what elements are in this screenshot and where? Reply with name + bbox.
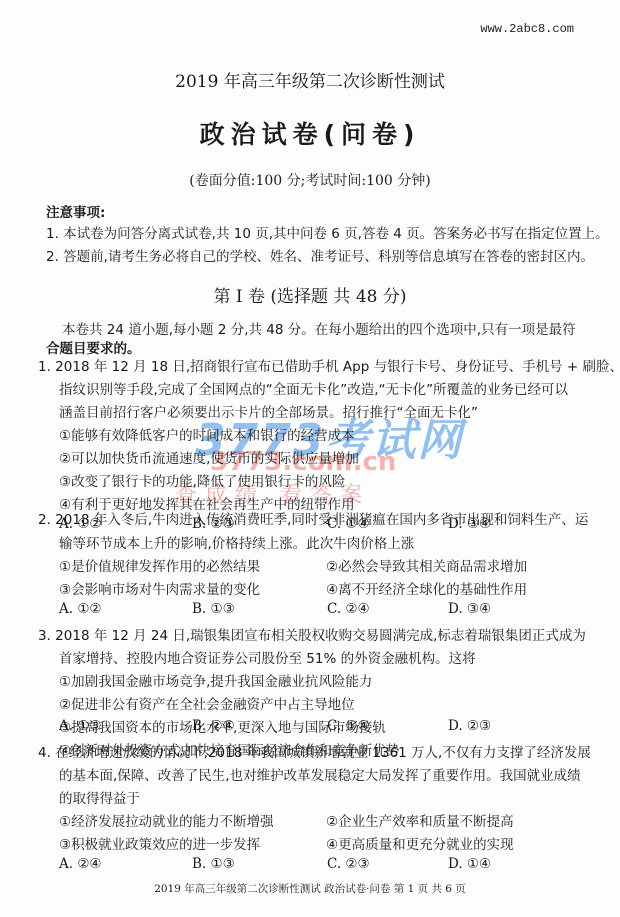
site-url: www.2abc8.com xyxy=(480,22,574,36)
statement: ①经济发展拉动就业的能力不断增强 xyxy=(59,810,274,830)
statement: ①是价值规律发挥作用的必然结果 xyxy=(59,555,260,575)
choice-c: C. ①④ xyxy=(327,718,370,734)
question-stem: 输等环节成本上升的影响,价格持续上涨。此次牛肉价格上涨 xyxy=(59,532,414,552)
question-stem: 的基本面,保障、改善了民生,也对维护改革发展稳定大局发挥了重要作用。我国就业成绩 xyxy=(59,764,581,784)
exam-info: (卷面分值:100 分;考试时间:100 分钟) xyxy=(0,170,620,190)
statement: ①加剧我国金融市场竞争,提升我国金融业抗风险能力 xyxy=(59,670,372,690)
statement: ③积极就业政策效应的进一步发挥 xyxy=(59,833,260,853)
choice-b: B. ②④ xyxy=(192,718,235,734)
choice-c: C. ②④ xyxy=(327,601,370,617)
question-stem: 指纹识别等手段,完成了全国网点的“全面无卡化”改造,“无卡化”所覆盖的业务已经可… xyxy=(59,378,568,398)
choice-b: B. ①③ xyxy=(192,856,235,872)
page-footer: 2019 年高三年级第二次诊断性测试 政治试卷·问卷 第 1 页 共 6 页 xyxy=(0,881,620,896)
question-stem: 4. 在经济增速放缓的情况下,2018 年我国城镇新增就业 1361 万人,不仅… xyxy=(38,741,591,761)
choice-a: A. ②④ xyxy=(59,856,102,872)
statement: ④更高质量和更充分就业的实现 xyxy=(326,833,514,853)
choice-a: A. ①③ xyxy=(59,718,102,734)
choice-d: D. ②③ xyxy=(448,718,491,734)
question-stem: 2. 2018 年入冬后,牛肉进入传统消费旺季,同时受非洲猪瘟在国内多省市出现和… xyxy=(38,508,588,528)
question-stem: 首家增持、控股内地合资证券公司股份至 51% 的外资金融机构。这将 xyxy=(59,647,476,667)
choice-d: D. ①④ xyxy=(448,856,491,872)
statement: ①能够有效降低客户的时间成本和银行的经营成本 xyxy=(59,424,355,444)
subject-title: 政治试卷(问卷) xyxy=(0,115,620,151)
notice-heading: 注意事项: xyxy=(46,201,105,221)
statement: ②可以加快货币流通速度,使货币的实际供应量增加 xyxy=(59,447,359,467)
choice-c: C. ②③ xyxy=(327,856,370,872)
question-stem: 的取得得益于 xyxy=(59,787,140,807)
notice-item: 2. 答题前,请考生务必将自己的学校、姓名、准考证号、科别等信息填写在答卷的密封… xyxy=(46,245,594,265)
statement: ③会影响市场对牛肉需求量的变化 xyxy=(59,578,260,598)
question-stem: 涵盖目前招行客户必须要出示卡片的全部场景。招行推行“全面无卡化” xyxy=(59,401,478,421)
part-title: 第 I 卷 (选择题 共 48 分) xyxy=(0,282,620,307)
choice-a: A. ①② xyxy=(59,601,102,617)
question-stem: 3. 2018 年 12 月 24 日,瑞银集团宣布相关股权收购交易圆满完成,标… xyxy=(38,624,586,644)
statement: ②促进非公有资产在全社会金融资产中占主导地位 xyxy=(59,693,355,713)
part-intro: 合题目要求的。 xyxy=(46,337,141,357)
notice-item: 1. 本试卷为问答分离式试卷,共 10 页,其中问卷 6 页,答卷 4 页。答案… xyxy=(46,222,609,242)
statement: ②必然会导致其相关商品需求增加 xyxy=(326,555,527,575)
statement: ②企业生产效率和质量不断提高 xyxy=(326,810,514,830)
choice-d: D. ③④ xyxy=(448,601,491,617)
statement: ③改变了银行卡的功能,降低了使用银行卡的风险 xyxy=(59,470,345,490)
exam-title: 2019 年高三年级第二次诊断性测试 xyxy=(0,67,620,92)
part-intro: 本卷共 24 道小题,每小题 2 分,共 48 分。在每小题给出的四个选项中,只… xyxy=(62,318,576,338)
question-stem: 1. 2018 年 12 月 18 日,招商银行宣布已借助手机 App 与银行卡… xyxy=(38,355,620,375)
choice-b: B. ①③ xyxy=(192,601,235,617)
statement: ④离不开经济全球化的基础性作用 xyxy=(326,578,527,598)
